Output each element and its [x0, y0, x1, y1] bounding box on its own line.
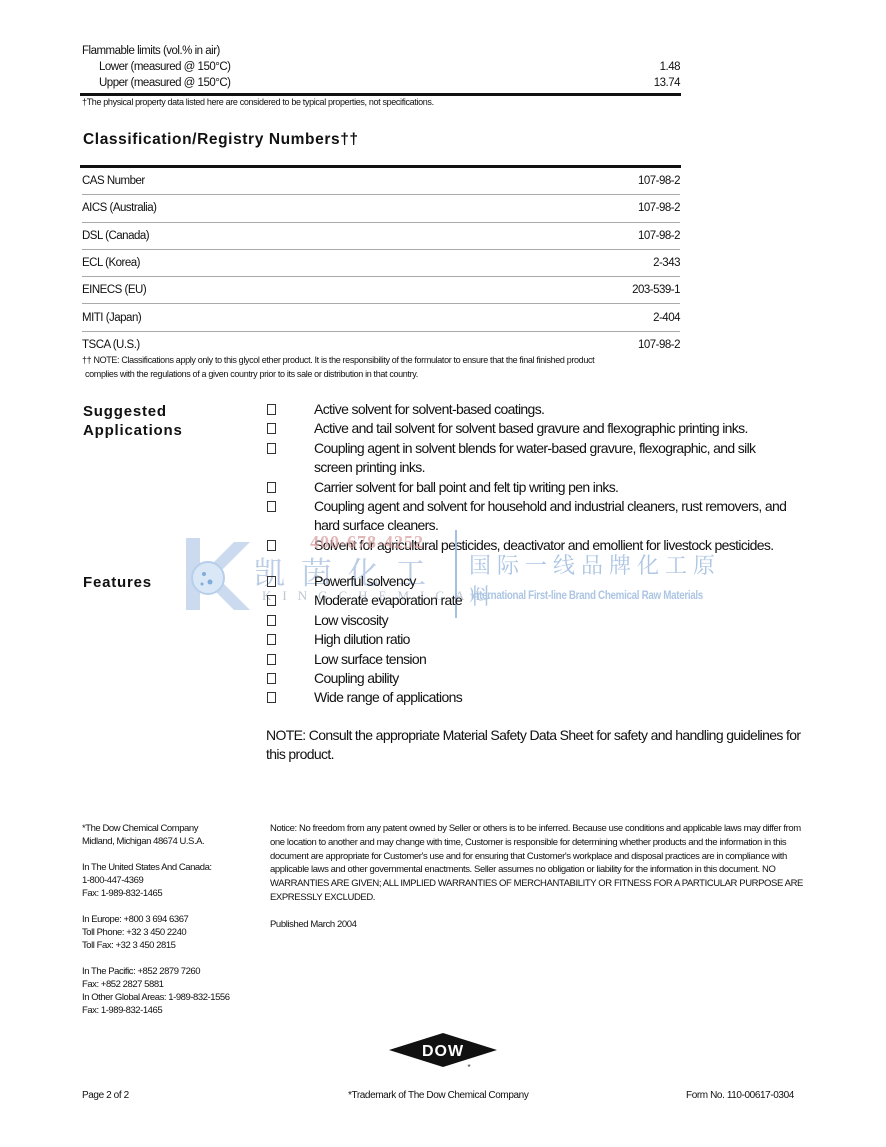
legal-notice: Notice: No freedom from any patent owned…	[270, 822, 810, 905]
list-item: Active solvent for solvent-based coating…	[265, 400, 825, 419]
flammable-heading: Flammable limits (vol.% in air)	[82, 43, 680, 59]
list-item: Solvent for agricultural pesticides, dea…	[265, 536, 825, 555]
classification-table: CAS Number107-98-2 AICS (Australia)107-9…	[82, 168, 680, 358]
table-row: Lower (measured @ 150°C) 1.48	[82, 59, 680, 75]
list-item: Low viscosity	[265, 611, 825, 630]
applications-list: Active solvent for solvent-based coating…	[265, 400, 825, 555]
list-item: Coupling ability	[265, 669, 825, 688]
bullet-box-icon	[267, 576, 276, 587]
table-row: EINECS (EU)203-539-1	[82, 277, 680, 304]
eu-toll-phone: Toll Phone: +32 3 450 2240	[82, 926, 267, 939]
bullet-box-icon	[267, 654, 276, 665]
table-row: CAS Number107-98-2	[82, 168, 680, 195]
section-title-suggested-applications: Suggested Applications	[83, 402, 183, 440]
pacific-phone: In The Pacific: +852 2879 7260	[82, 965, 267, 978]
list-item: Coupling agent in solvent blends for wat…	[265, 439, 825, 478]
features-list: Powerful solvency Moderate evaporation r…	[265, 572, 825, 708]
list-item: Low surface tension	[265, 650, 825, 669]
list-item: Active and tail solvent for solvent base…	[265, 419, 825, 438]
table-row: Upper (measured @ 150°C) 13.74	[82, 75, 680, 91]
bullet-box-icon	[267, 673, 276, 684]
trademark-note: *Trademark of The Dow Chemical Company	[348, 1090, 528, 1101]
list-item: Powerful solvency	[265, 572, 825, 591]
us-phone: 1-800-447-4369	[82, 874, 267, 887]
divider	[80, 93, 681, 96]
bullet-box-icon	[267, 692, 276, 703]
svg-text:*: *	[467, 1063, 470, 1071]
list-item: Moderate evaporation rate	[265, 591, 825, 610]
contact-info: *The Dow Chemical Company Midland, Michi…	[82, 822, 267, 1017]
table-row: DSL (Canada)107-98-2	[82, 223, 680, 250]
table-row: AICS (Australia)107-98-2	[82, 195, 680, 222]
row-label: Lower (measured @ 150°C)	[82, 59, 230, 75]
flammable-limits-table: Flammable limits (vol.% in air) Lower (m…	[82, 43, 680, 91]
section-title-features: Features	[83, 573, 152, 592]
pacific-fax: Fax: +852 2827 5881	[82, 978, 267, 991]
row-value: 13.74	[654, 75, 680, 91]
page-number: Page 2 of 2	[82, 1090, 129, 1101]
form-number: Form No. 110-00617-0304	[686, 1090, 794, 1101]
bullet-box-icon	[267, 443, 276, 454]
eu-toll-fax: Toll Fax: +32 3 450 2815	[82, 939, 267, 952]
svg-text:DOW: DOW	[422, 1043, 464, 1060]
bullet-box-icon	[267, 404, 276, 415]
property-footnote: †The physical property data listed here …	[82, 97, 434, 107]
eu-phone: In Europe: +800 3 694 6367	[82, 913, 267, 926]
bullet-box-icon	[267, 482, 276, 493]
bullet-box-icon	[267, 540, 276, 551]
bullet-box-icon	[267, 634, 276, 645]
list-item: Carrier solvent for ball point and felt …	[265, 478, 825, 497]
bullet-box-icon	[267, 423, 276, 434]
table-row: ECL (Korea)2-343	[82, 250, 680, 277]
bullet-box-icon	[267, 501, 276, 512]
row-value: 1.48	[660, 59, 680, 75]
global-phone: In Other Global Areas: 1-989-832-1556	[82, 991, 267, 1004]
msds-note: NOTE: Consult the appropriate Material S…	[266, 726, 811, 764]
kingchemical-logo-icon	[182, 536, 252, 612]
dow-logo-icon: DOW *	[387, 1031, 499, 1071]
section-title-classification: Classification/Registry Numbers††	[83, 131, 359, 149]
bullet-box-icon	[267, 595, 276, 606]
classification-footnote: †† NOTE: Classifications apply only to t…	[82, 354, 687, 381]
published-date: Published March 2004	[270, 919, 357, 930]
list-item: High dilution ratio	[265, 630, 825, 649]
list-item: Coupling agent and solvent for household…	[265, 497, 825, 536]
row-label: Upper (measured @ 150°C)	[82, 75, 230, 91]
list-item: Wide range of applications	[265, 688, 825, 707]
bullet-box-icon	[267, 615, 276, 626]
table-row: MITI (Japan)2-404	[82, 304, 680, 331]
us-fax: Fax: 1-989-832-1465	[82, 887, 267, 900]
global-fax: Fax: 1-989-832-1465	[82, 1004, 267, 1017]
